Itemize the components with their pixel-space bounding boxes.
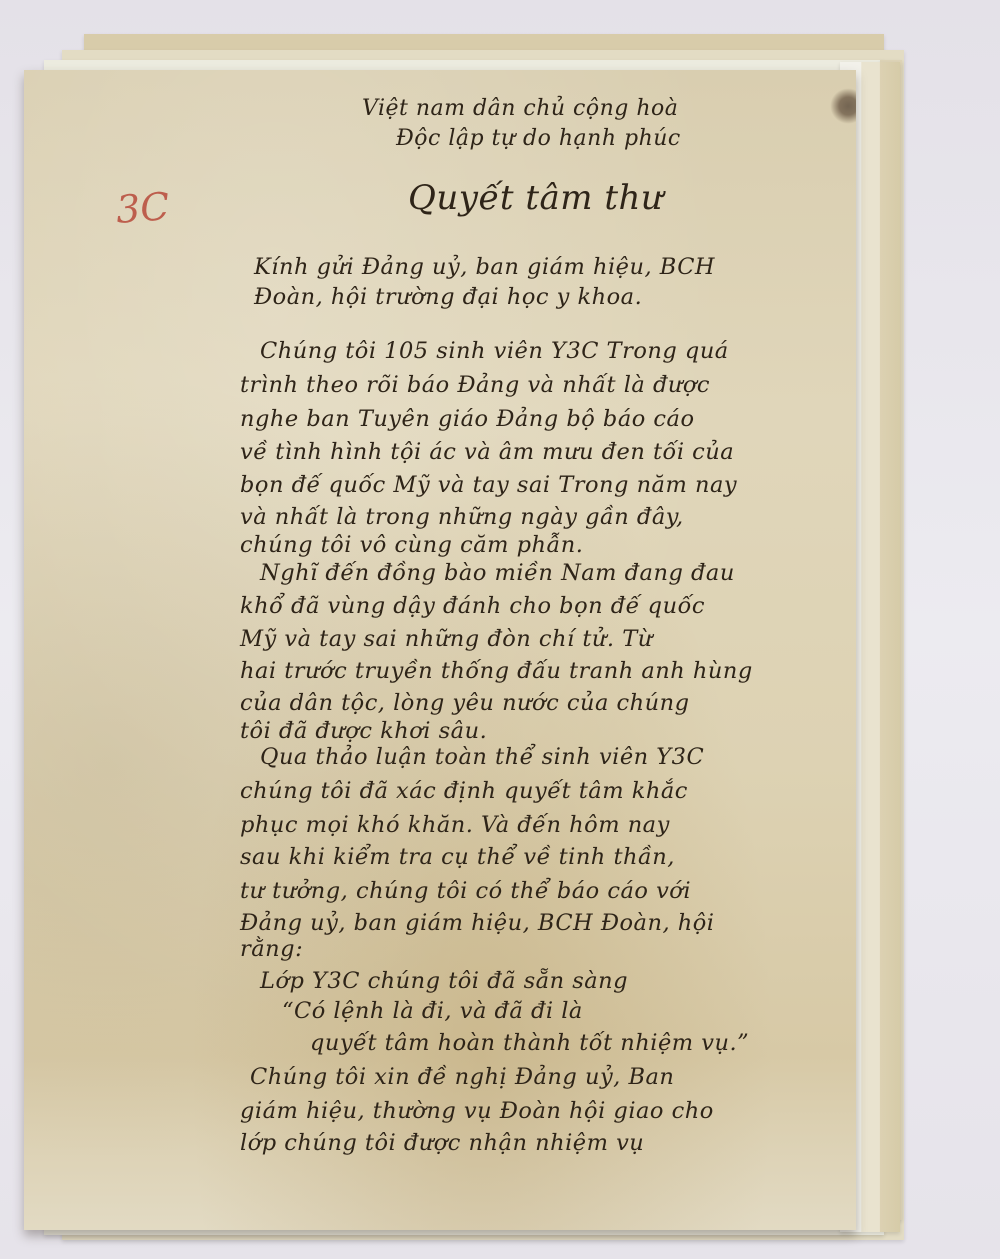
body-line: về tình hình tội ác và âm mưu đen tối củ… — [240, 441, 734, 464]
body-line: nghe ban Tuyên giáo Đảng bộ báo cáo — [240, 408, 695, 431]
body-line: tư tưởng, chúng tôi có thể báo cáo với — [240, 880, 691, 903]
salutation-line: Đoàn, hội trường đại học y khoa. — [254, 286, 642, 309]
body-line: Qua thảo luận toàn thể sinh viên Y3C — [260, 746, 704, 769]
national-header-line-1: Việt nam dân chủ cộng hoà — [362, 96, 678, 121]
body-line: Nghĩ đến đồng bào miền Nam đang đau — [260, 562, 735, 585]
body-line: giám hiệu, thường vụ Đoàn hội giao cho — [240, 1100, 714, 1123]
body-line: chúng tôi đã xác định quyết tâm khắc — [240, 780, 688, 803]
body-line: Mỹ và tay sai những đòn chí tử. Từ — [240, 628, 653, 651]
paper-stain — [830, 88, 856, 124]
national-header-line-2: Độc lập tự do hạnh phúc — [396, 126, 681, 151]
body-line: tôi đã được khơi sâu. — [240, 720, 487, 743]
body-line: trình theo rõi báo Đảng và nhất là được — [240, 374, 710, 397]
body-line: và nhất là trong những ngày gần đây, — [240, 506, 684, 529]
body-line: rằng: — [240, 938, 303, 961]
body-line: Đảng uỷ, ban giám hiệu, BCH Đoàn, hội — [240, 912, 714, 935]
body-line: bọn đế quốc Mỹ và tay sai Trong năm nay — [240, 474, 737, 497]
body-line: Chúng tôi 105 sinh viên Y3C Trong quá — [260, 340, 729, 363]
body-line: quyết tâm hoàn thành tốt nhiệm vụ.” — [310, 1032, 749, 1055]
body-line: Lớp Y3C chúng tôi đã sẵn sàng — [260, 970, 628, 993]
body-line: “Có lệnh là đi, và đã đi là — [282, 1000, 583, 1023]
letter-title: Quyết tâm thư — [408, 178, 663, 218]
body-line: khổ đã vùng dậy đánh cho bọn đế quốc — [240, 595, 705, 618]
body-line: Chúng tôi xin đề nghị Đảng uỷ, Ban — [250, 1066, 674, 1089]
body-line: của dân tộc, lòng yêu nước của chúng — [240, 692, 690, 715]
body-line: hai trước truyền thống đấu tranh anh hùn… — [240, 660, 753, 683]
handwritten-letter: Việt nam dân chủ cộng hoà Độc lập tự do … — [24, 70, 856, 1230]
body-line: phục mọi khó khăn. Và đến hôm nay — [240, 814, 670, 837]
body-line: chúng tôi vô cùng căm phẫn. — [240, 534, 583, 557]
salutation-line: Kính gửi Đảng uỷ, ban giám hiệu, BCH — [254, 256, 715, 279]
margin-mark: 3C — [115, 184, 171, 232]
body-line: lớp chúng tôi được nhận nhiệm vụ — [240, 1132, 644, 1155]
body-line: sau khi kiểm tra cụ thể về tinh thần, — [240, 846, 675, 869]
